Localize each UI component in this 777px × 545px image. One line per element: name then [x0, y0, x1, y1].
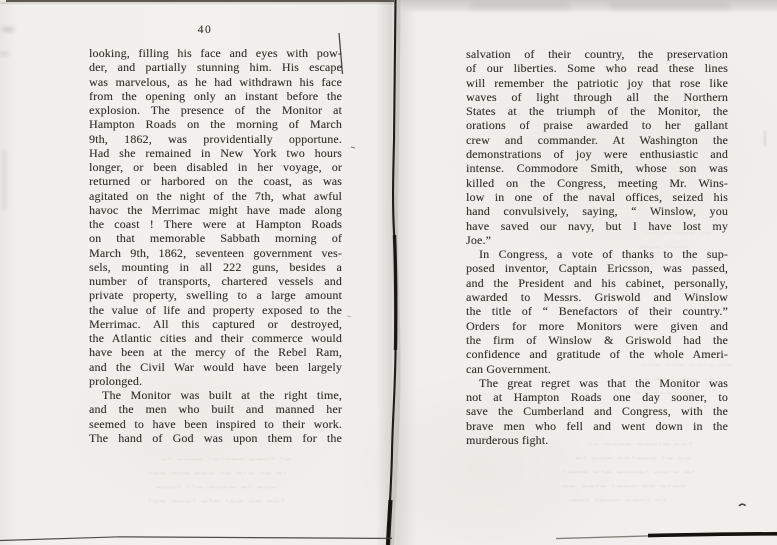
text-line: private property, swelling to a large am… [89, 288, 342, 302]
bleed-through-text-right-lower: ·– –––– –––·– ––· –· ––– ––·––– ·– ––·––… [563, 437, 751, 507]
text-line: orations of praise awarded to her gallan… [466, 118, 728, 132]
text-line: Merrimac. All this captured or destroyed… [89, 317, 342, 331]
text-line: sels, mounting in all 222 guns, besides … [89, 260, 342, 274]
text-line: looking, filling his face and eyes with … [89, 46, 342, 60]
ghost-line: ·––– –·– ––––· ––·– –· [563, 465, 751, 479]
ghost-line: ·– –––– –––·– ––· [563, 437, 751, 451]
text-line: of our liberties. Some who read these li… [466, 61, 728, 75]
text-line: crew and commander. At Washington the [466, 133, 728, 147]
scan-edge-blob [470, 1, 570, 9]
text-line: returned or harbored on the coast, as wa… [89, 174, 342, 188]
text-line: seemed to have been inspired to their wo… [89, 417, 342, 431]
ghost-line: ––– ·––· [640, 240, 760, 254]
text-line: killed on the Congress, meeting Mr. Wins… [466, 176, 728, 190]
text-line: the title of “ Benefactors of their coun… [466, 304, 728, 318]
bleed-through-text-right-upper: ––·– ––– ·–––– ·––· [640, 226, 760, 254]
scan-smudge [764, 131, 766, 146]
text-line: posed inventor, Captain Ericsson, was pa… [466, 261, 728, 275]
text-line: and the men who built and manned her [89, 402, 342, 416]
scan-edge-top-left-soft [0, 2, 394, 4]
ghost-line: ––– ·–– ––·– –– [632, 358, 772, 372]
text-line: and the President and his cabinet, perso… [466, 276, 728, 290]
ghost-line: –· –––· –– [632, 386, 772, 400]
text-line: The hand of God was upon them for the [89, 431, 342, 445]
text-line: March 9th, 1862, seventeen government ve… [89, 246, 342, 260]
scan-edge-blob [610, 1, 730, 9]
text-line: awarded to Messrs. Griswold and Winslow [466, 290, 728, 304]
text-line: intense. Commodore Smith, whose son was [466, 161, 728, 175]
gutter-line-thick [395, 235, 396, 350]
text-line: and the Civil War would have been largel… [89, 360, 342, 374]
bleed-through-text-right-mid: ––– ·–– ––·– ––·–– ––· ––– ·– –· –––· –– [632, 358, 772, 400]
ghost-line: ·–– –––· –·– ·–– –– ––· [148, 494, 352, 508]
text-line: brave men who fell and went down in the [466, 419, 728, 433]
text-line: Hampton Roads on the morning of March [89, 117, 342, 131]
ghost-line: –· ––— ·– ––– –––· ·– [148, 452, 352, 466]
text-line: Orders for more Monitors were given and [466, 319, 728, 333]
ghost-line: ·–– –·– ––– ·– –·– ·– –· [148, 466, 352, 480]
text-line: the firm of Winslow & Griswold had the [466, 333, 728, 347]
text-line: Had she remained in New York two hours [89, 146, 342, 160]
page-40-text: looking, filling his face and eyes with … [89, 46, 342, 445]
text-line: prolonged. [89, 374, 342, 388]
text-line: 9th, 1862, was providentially opportune. [89, 132, 342, 146]
scan-smudge [2, 27, 14, 32]
ghost-line: ––· ·––– –––· –· [563, 493, 751, 507]
text-line: have been at the mercy of the Rebel Ram, [89, 345, 342, 359]
text-line: agitated on the night of the 7th, what a… [89, 189, 342, 203]
ghost-line: ––·– ––– ·– [640, 226, 760, 240]
text-line: waves of light through all the Northern [466, 90, 728, 104]
page-number-left: 40 [188, 24, 222, 36]
text-line: havoc the Merrimac might have made along [89, 203, 342, 217]
book-scan: 40 41 looking, filling his face and eyes… [0, 0, 777, 545]
text-line: demonstrations of joy were enthusiastic … [466, 147, 728, 161]
scan-smudge [0, 52, 8, 56]
text-line: The Monitor was built at the right time, [89, 388, 342, 402]
text-line: longer, or been disabled in her voyage, … [89, 160, 342, 174]
text-line: low in one of the naval offices, seized … [466, 190, 728, 204]
text-line: States at the triumph of the Monitor, th… [466, 104, 728, 118]
text-line: will remember the patriotic joy that ros… [466, 76, 728, 90]
ghost-line: –· ––– ––·––– ·– –– [563, 451, 751, 465]
ghost-line: ·–– ––· ––– ·– [632, 372, 772, 386]
text-line: the coast ! There were at Hampton Roads [89, 217, 342, 231]
text-line: from the opening only an instant before … [89, 89, 342, 103]
bleed-through-text-left: –· ––— ·– ––– –––· ·–·–– –·– ––– ·– –·– … [148, 452, 352, 508]
text-line: on that memorable Sabbath morning of [89, 231, 342, 245]
text-line: number of transports, chartered vessels … [89, 274, 342, 288]
text-line: save the Cumberland and Congress, with t… [466, 404, 728, 418]
text-line: der, and partially stunning him. His esc… [89, 60, 342, 74]
ghost-line: –– ––·– ·––– –– –·–– [563, 479, 751, 493]
text-line: the value of life and property exposed t… [89, 303, 342, 317]
text-line: was marvelous, as he had withdrawn his f… [89, 75, 342, 89]
text-line: salvation of their country, the preserva… [466, 47, 728, 61]
text-line: explosion. The presence of the Monitor a… [89, 103, 342, 117]
ghost-line: –––· ··– –––– –· ––– [148, 480, 352, 494]
text-line: the Atlantic cities and their commerce w… [89, 331, 342, 345]
scan-smudge [3, 150, 6, 210]
text-line: hand convulsively, saying, “ Winslow, yo… [466, 204, 728, 218]
